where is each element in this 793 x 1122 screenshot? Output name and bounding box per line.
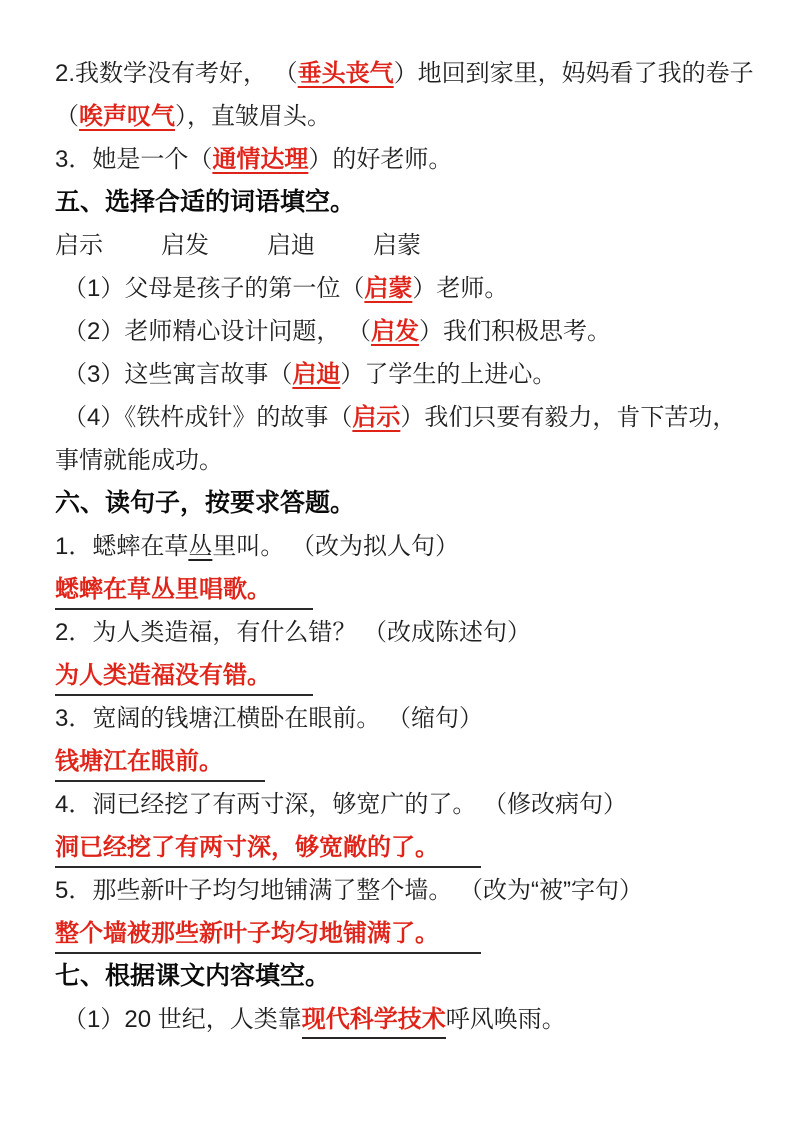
- worksheet-page: 2.我数学没有考好， （垂头丧气）地回到家里，妈妈看了我的卷子（唉声叹气），直皱…: [0, 0, 793, 1122]
- word-bank-option: 启示: [55, 224, 103, 267]
- answer-word-red: 垂头丧气: [298, 60, 394, 87]
- plain-text: 2.我数学没有考好， （: [55, 60, 298, 87]
- answer-text-on-blank: 整个墙被那些新叶子均匀地铺满了。: [55, 916, 481, 954]
- answer-fill-on-blank: 现代科学技术: [302, 1003, 446, 1039]
- plain-text: ），直皱眉头。: [175, 103, 331, 130]
- plain-text: 事情就能成功。: [55, 447, 223, 474]
- text-line: （4）《铁杵成针》的故事（启示）我们只要有毅力，肯下苦功，: [55, 396, 789, 439]
- text-line: （2）老师精心设计问题， （启发）我们积极思考。: [55, 310, 789, 353]
- text-line: 2.我数学没有考好， （垂头丧气）地回到家里，妈妈看了我的卷子: [55, 52, 789, 95]
- section-heading: 五、选择合适的词语填空。: [55, 181, 789, 224]
- section-heading-text: 五、选择合适的词语填空。: [55, 188, 355, 216]
- plain-text: ）地回到家里，妈妈看了我的卷子: [394, 60, 754, 87]
- plain-text: （2）老师精心设计问题， （: [63, 318, 371, 345]
- section-heading-text: 七、根据课文内容填空。: [55, 962, 330, 990]
- plain-text: （4）《铁杵成针》的故事（: [63, 404, 352, 431]
- text-line: （1）20 世纪，人类靠现代科学技术呼风唤雨。: [55, 998, 789, 1041]
- plain-text: 2．为人类造福，有什么错？ （改成陈述句）: [55, 619, 531, 646]
- answer-line: 为人类造福没有错。: [55, 654, 789, 697]
- plain-text: 里叫。 （改为拟人句）: [212, 533, 459, 560]
- answer-text-on-blank: 为人类造福没有错。: [55, 658, 313, 696]
- plain-text: ）了学生的上进心。: [340, 361, 556, 388]
- answer-text-on-blank: 钱塘江在眼前。: [55, 744, 265, 782]
- word-bank-option: 启迪: [267, 224, 315, 267]
- plain-text: ）我们只要有毅力，肯下苦功，: [400, 404, 736, 431]
- plain-text: ）的好老师。: [308, 146, 452, 173]
- section-heading: 七、根据课文内容填空。: [55, 955, 789, 998]
- answer-word-red: 启发: [371, 318, 419, 345]
- plain-text: ）我们积极思考。: [419, 318, 611, 345]
- text-line: 3．宽阔的钱塘江横卧在眼前。 （缩句）: [55, 697, 789, 740]
- plain-text: （1）20 世纪，人类靠: [63, 1006, 302, 1033]
- text-line: 5．那些新叶子均匀地铺满了整个墙。 （改为“被”字句）: [55, 869, 789, 912]
- answer-line: 钱塘江在眼前。: [55, 740, 789, 783]
- plain-text: 1．蟋蟀在草: [55, 533, 188, 560]
- underlined-char: 丛: [188, 533, 212, 560]
- text-line: （唉声叹气），直皱眉头。: [55, 95, 789, 138]
- answer-word-red: 启迪: [292, 361, 340, 388]
- text-line: 3．她是一个（通情达理）的好老师。: [55, 138, 789, 181]
- plain-text: ）老师。: [412, 275, 508, 302]
- text-line: 2．为人类造福，有什么错？ （改成陈述句）: [55, 611, 789, 654]
- section-heading-text: 六、读句子，按要求答题。: [55, 489, 355, 517]
- plain-text: 4．洞已经挖了有两寸深，够宽广的了。 （修改病句）: [55, 791, 627, 818]
- text-line: 事情就能成功。: [55, 439, 789, 482]
- document-body: 2.我数学没有考好， （垂头丧气）地回到家里，妈妈看了我的卷子（唉声叹气），直皱…: [0, 0, 793, 1041]
- answer-word-red: 启示: [352, 404, 400, 431]
- answer-line: 洞已经挖了有两寸深，够宽敞的了。: [55, 826, 789, 869]
- answer-word-red: 唉声叹气: [79, 103, 175, 130]
- text-line: （1）父母是孩子的第一位（启蒙）老师。: [55, 267, 789, 310]
- answer-text-on-blank: 洞已经挖了有两寸深，够宽敞的了。: [55, 830, 481, 868]
- answer-line: 整个墙被那些新叶子均匀地铺满了。: [55, 912, 789, 955]
- text-line: （3）这些寓言故事（启迪）了学生的上进心。: [55, 353, 789, 396]
- word-bank-option: 启发: [161, 224, 209, 267]
- text-line: 4．洞已经挖了有两寸深，够宽广的了。 （修改病句）: [55, 783, 789, 826]
- answer-line: 蟋蟀在草丛里唱歌。: [55, 568, 789, 611]
- word-bank-row: 启示启发启迪启蒙: [55, 224, 789, 267]
- plain-text: 3．宽阔的钱塘江横卧在眼前。 （缩句）: [55, 705, 483, 732]
- plain-text: （: [55, 103, 79, 130]
- answer-word-red: 通情达理: [212, 146, 308, 173]
- word-bank-option: 启蒙: [373, 224, 421, 267]
- section-heading: 六、读句子，按要求答题。: [55, 482, 789, 525]
- plain-text: 3．她是一个（: [55, 146, 212, 173]
- plain-text: （3）这些寓言故事（: [63, 361, 292, 388]
- plain-text: 呼风唤雨。: [446, 1006, 566, 1033]
- answer-word-red: 启蒙: [364, 275, 412, 302]
- answer-text-on-blank: 蟋蟀在草丛里唱歌。: [55, 572, 313, 610]
- plain-text: 5．那些新叶子均匀地铺满了整个墙。 （改为“被”字句）: [55, 877, 643, 904]
- plain-text: （1）父母是孩子的第一位（: [63, 275, 364, 302]
- text-line: 1．蟋蟀在草丛里叫。 （改为拟人句）: [55, 525, 789, 568]
